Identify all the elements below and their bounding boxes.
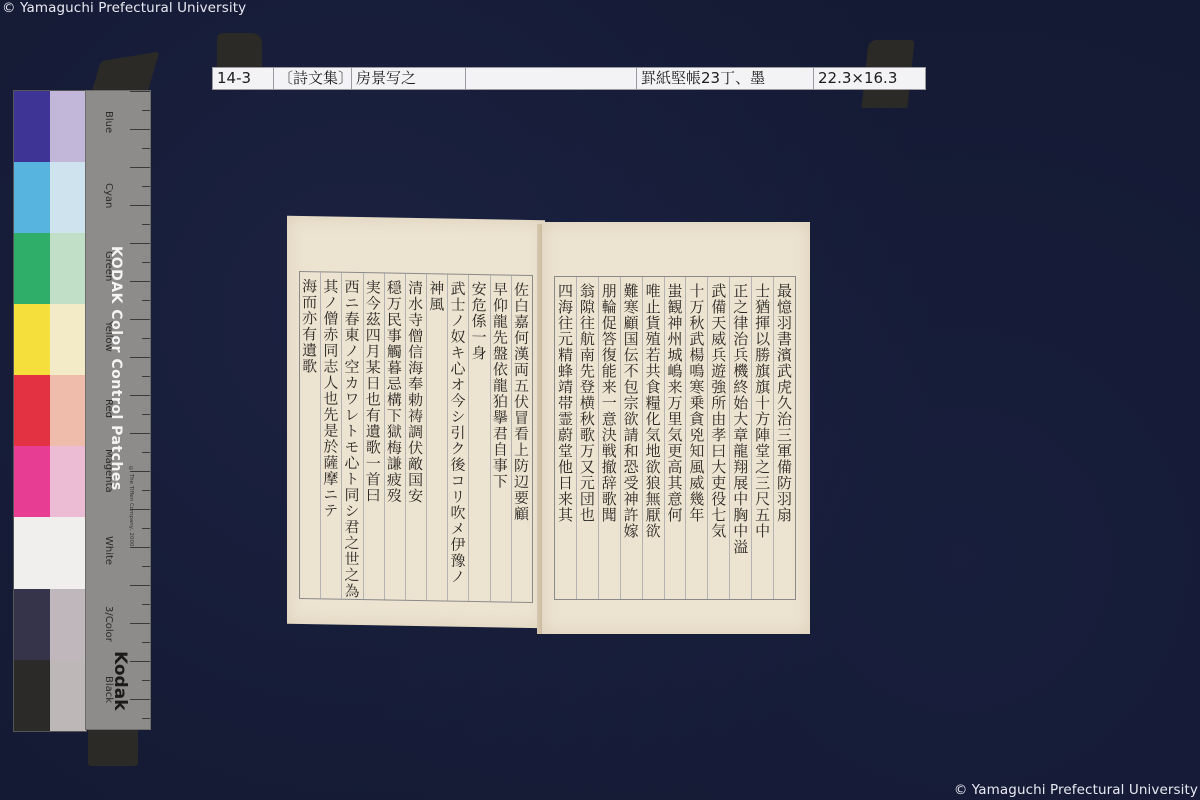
copyright-watermark-top: © Yamaguchi Prefectural University — [2, 0, 246, 16]
text-column: 難寒顧国伝不包宗欲請和恐受神許嫁 — [620, 277, 642, 599]
text-column: 武士ノ奴キ心オ今シ引ク後コリ吹メ伊豫ノ — [447, 275, 468, 601]
patch-white — [14, 517, 86, 589]
patch-blue — [14, 91, 86, 162]
ruler-label-blue: Blue — [92, 111, 114, 133]
text-column: 西ニ春東ノ空カワレトモ心ト同シ君之世之為 — [341, 273, 362, 599]
ruler-ticks-cm — [130, 91, 142, 729]
catalog-id: 14-3 — [213, 68, 274, 89]
left-page: 佐白嘉何漢両五伏冒看上防辺要顧 早仰龍先盤依龍狛擧君自事下 安危係一身 武士ノ奴… — [287, 216, 545, 629]
text-column: 唯止貨殖若共食糧化気地欲狼無厭欲 — [642, 277, 664, 599]
text-column: 穏万民事觸暮忌構下獄梅謙疲歿 — [384, 273, 405, 599]
text-column: 四海往元精蜂靖帯霊蔚堂他日来其 — [555, 277, 576, 599]
tape-top-left — [217, 33, 262, 69]
text-column: 最憶羽書濱武虎久治三軍備防羽扇 — [773, 277, 795, 599]
catalog-title: 〔詩文集〕 — [274, 68, 352, 89]
patch-cyan — [14, 162, 86, 233]
kodak-ruler: Blue Cyan Green Yellow Red Magenta White… — [85, 90, 151, 730]
patch-3color — [14, 589, 86, 660]
left-page-text-frame: 佐白嘉何漢両五伏冒看上防辺要顧 早仰龍先盤依龍狛擧君自事下 安危係一身 武士ノ奴… — [299, 271, 533, 603]
catalog-blank — [466, 68, 637, 89]
ruler-brand-text: KODAK Color Control Patches — [108, 246, 124, 491]
text-column: 清水寺僧信海奉勅祷調伏敵国安 — [405, 274, 426, 600]
right-page: 最憶羽書濱武虎久治三軍備防羽扇 士猶揮以勝旗旗十方陣堂之三尺五中 正之律治兵機終… — [542, 222, 810, 634]
patch-magenta — [14, 446, 86, 517]
patch-black — [14, 660, 86, 731]
catalog-size: 22.3×16.3 — [814, 68, 925, 89]
text-column: 翁隙往航南先登横秋歌万又元団也 — [576, 277, 598, 599]
patch-green — [14, 233, 86, 304]
ruler-label-cyan: Cyan — [92, 183, 114, 208]
text-column: 実今茲四月某日也有遺歌一首曰 — [363, 273, 384, 599]
text-column: 朋輪促答復能来一意決戦撤辞歌聞 — [598, 277, 620, 599]
ruler-label-white: White — [92, 536, 114, 565]
text-column: 佐白嘉何漢両五伏冒看上防辺要顧 — [511, 276, 532, 602]
patch-red — [14, 375, 86, 446]
open-manuscript-book: 佐白嘉何漢両五伏冒看上防辺要顧 早仰龍先盤依龍狛擧君自事下 安危係一身 武士ノ奴… — [287, 216, 810, 636]
patch-yellow — [14, 304, 86, 375]
text-column: 安危係一身 — [468, 275, 489, 601]
text-column: 十万秋武楊鳴寒乗貪兇知風威幾年 — [685, 277, 707, 599]
color-control-chart — [13, 90, 87, 732]
text-column: 蚩観神州城嶋来万里気更高其意何 — [664, 277, 686, 599]
catalog-author: 房景写之 — [352, 68, 466, 89]
right-page-text-frame: 最憶羽書濱武虎久治三軍備防羽扇 士猶揮以勝旗旗十方陣堂之三尺五中 正之律治兵機終… — [554, 276, 796, 600]
text-column: 其ノ僧赤同志人也先是於薩摩ニテ — [320, 272, 341, 598]
text-column: 早仰龍先盤依龍狛擧君自事下 — [490, 275, 511, 601]
catalog-label-strip: 14-3 〔詩文集〕 房景写之 罫紙堅帳23丁、墨 22.3×16.3 — [212, 67, 926, 90]
text-column: 海而亦有遺歌 — [300, 272, 320, 598]
text-column: 神風 — [426, 274, 447, 600]
ruler-label-3color: 3/Color — [92, 606, 114, 642]
text-column: 正之律治兵機終始大章龍翔展中胸中溢 — [729, 277, 751, 599]
catalog-format: 罫紙堅帳23丁、墨 — [637, 68, 814, 89]
text-column: 士猶揮以勝旗旗十方陣堂之三尺五中 — [751, 277, 773, 599]
copyright-watermark-bottom: © Yamaguchi Prefectural University — [954, 782, 1198, 798]
text-column: 武備天威兵遊強所由孝曰大吏役七気 — [707, 277, 729, 599]
kodak-logo: Kodak — [110, 651, 130, 711]
